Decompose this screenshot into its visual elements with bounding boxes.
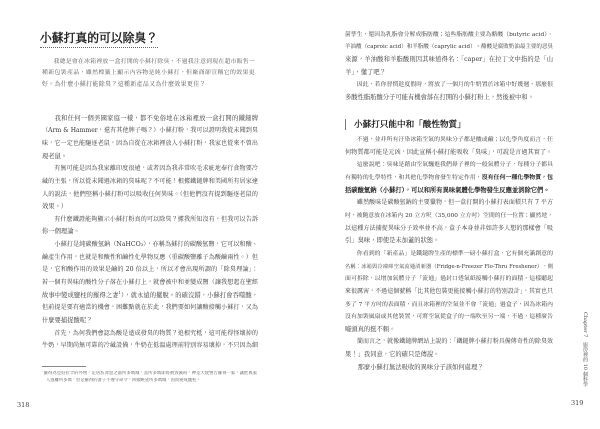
paragraph: 有什麼鐵證能夠顯示小蘇打粉真的可以除臭？據我所知沒有，但我可以告訴 你一個理論。 <box>42 214 258 239</box>
text-line: 效果。） <box>42 201 258 214</box>
text-segment: ），就永遠的擺脫。的確沒錯，小蘇打會吞噬酸， <box>121 292 258 299</box>
subheading-bar <box>345 119 346 130</box>
text-line: 以這種方法捕捉異味分子效率並不高，盒子本身並非如許多人想的那樣會「吸 <box>345 223 553 236</box>
text-line: 現老鼠。 <box>42 151 258 164</box>
text-line: 我總是會在冰箱裡放一盒打開的小蘇打除臭，不過我注意到現在超市販售一 <box>42 57 255 68</box>
paragraph: 簡而言之，就像鐵鎚牌網站上說的：「鐵鎚牌小蘇打粉具備傳奇性的除臭效 果！」我同意… <box>345 336 553 361</box>
intro-question: 我總是會在冰箱裡放一盒打開的小蘇打除臭，不過我注意到現在超市販售一 種新包裝產品… <box>42 57 255 90</box>
text-line: 不過，並非所有汙染冰箱空氣的異味分子都是酸或鹼；以化學角度而言，任 <box>345 134 553 147</box>
paragraph: 那麼小蘇打無法吸收的異味分子該如何處理？ <box>345 362 553 375</box>
paragraph: 有無可能是因為我家離印度很遠，或者因為我非常吹毛求疵地奉行食物要冷 藏的主張，所… <box>42 163 258 214</box>
text-line: 小蘇打是純碳酸氫鈉（NaHCO₃），亦稱為蘇打的碳酸氫鹽，它可以和酸、 <box>42 239 258 252</box>
text-line: 沒有加裝風扇或其他裝置，可將空氣從盒子的一端吹至另一端，不過，這種廣告 <box>345 311 553 324</box>
text-line: 吋，被隨意放在冰箱內 20 立方呎（35,000 立方吋）空間的任一位置；顯然地… <box>345 210 553 223</box>
text-line: 羊油酸（caproic acid）和羊脂酸（caprylic acid）。酪酸是… <box>345 41 553 54</box>
paragraph: 雖然酸味是碳酸氫鈉的主要獵物，但一盒打開的小蘇打表面積只有 7 平方 吋，被隨意… <box>345 197 553 248</box>
emphasis-text: 括碳酸氫鈉（小蘇打），可以和所有異味氣體化學物發生反應並消除它們。 <box>345 187 550 194</box>
footnote: 1羅得為亞伯拉罕的外甥，定居於罪惡之都所多瑪城，當所多瑪即將被毀滅時，神差天使警… <box>42 371 257 384</box>
paragraph: 首先，為何我們會認為酸是造成發臭的物質？追根究柢，這可能得怪壞掉的 牛奶，早期尚… <box>42 328 258 353</box>
right-body-text: 不過，並非所有汙染冰箱空氣的異味分子都是酸或鹼；以化學角度而言，任 何物質都可能… <box>345 134 553 374</box>
chapter-title: 廚房裡的 10 個科學 <box>582 339 588 387</box>
text-line: 種新包裝產品，雖然標籤上顯示內容物是純小蘇打，但廠商卻宣稱它的效果更 <box>42 68 255 79</box>
text-line: 名稱：冰箱與冷凍庫空氣流通清新器（Fridge-n-Freezer Flo-Th… <box>345 261 553 274</box>
text-line: （Arm & Hammer，還有其他牌子嗎？）小蘇打粉，我可以證明我從未聞到臭 <box>42 125 258 138</box>
text-line: 這麼說吧：臭味是藉由空氣飄進我們鼻子裡的一般氣體分子，每種分子都具 <box>345 159 553 172</box>
text-line: 人的說法，他們堅稱小蘇打粉可以吸收任何異味。（但他們沒有提到驅逐老鼠的 <box>42 189 258 202</box>
text-line: 我和任何一個美國家庭一樣，都不免俗地在冰箱裡放一盒打開的鐵鎚牌 <box>42 113 258 126</box>
text-line: 噱頭真的挺不賴。 <box>345 324 553 337</box>
text-line: 故事中變成鹽柱的羅得之妻1），就永遠的擺脫。的確沒錯，小蘇打會吞噬酸， <box>42 290 258 303</box>
left-body-text: 我和任何一個美國家庭一樣，都不免俗地在冰箱裡放一盒打開的鐵鎚牌 （Arm & H… <box>42 113 258 353</box>
footnote-divider <box>42 366 86 367</box>
text-segment: 有獨特的化學特性，和其他化學物會發生特定作用， <box>345 175 482 181</box>
paragraph: 因此，若你習慣趁度假時，將放了一個月的牛奶置於冰箱中好幾週，那麼很 多酸性脂肪酸… <box>345 79 553 104</box>
page-number: 318 <box>17 401 29 409</box>
text-line: 羊」，懂了吧？ <box>345 67 553 80</box>
text-line: 好。為什麼小蘇打能除臭？這種新產品又為什麼效果更佳？ <box>42 79 255 90</box>
text-line: 味，它一定也能驅逐老鼠，因為自從在冰箱裡放入小蘇打粉，我家也從來不曾出 <box>42 138 258 151</box>
text-line: 果！」我同意，它的確只是傳說。 <box>345 349 553 362</box>
paragraph: 小蘇打是純碳酸氫鈉（NaHCO₃），亦稱為蘇打的碳酸氫鹽，它可以和酸、 鹼產生作… <box>42 239 258 327</box>
text-line: 牛奶，早期尚無可靠的冷藏設備，牛奶在低溫處理前特別容易壞掉，不只因為細 <box>42 340 258 353</box>
paragraph: 菌孳生，還因為乳脂會分解成脂肪酸；這些脂肪酸主要為酪酸（butyric acid… <box>345 29 553 80</box>
text-line: 引」臭味，即使是未加蓋的狀態。 <box>345 235 553 248</box>
text-line: 什麼要捕捉酸呢？ <box>42 315 258 328</box>
text-line: 1羅得為亞伯拉罕的外甥，定居於罪惡之都所多瑪城，當所多瑪即將被毀滅時，神差天使警… <box>42 371 257 378</box>
text-line: 何物質都可能是元凶，因此宣稱小蘇打能吸收「臭味」，可說是言過其實了。 <box>345 147 553 160</box>
paragraph: 你看到的「新產品」是鐵鎚牌生產的標準一磅小蘇打盒，它有個充滿創意的 名稱：冰箱與… <box>345 248 553 336</box>
text-line: 有什麼鐵證能夠顯示小蘇打粉真的可以除臭？據我所知沒有，但我可以告訴 <box>42 214 258 227</box>
paragraph: 不過，並非所有汙染冰箱空氣的異味分子都是酸或鹼；以化學角度而言，任 何物質都可能… <box>345 134 553 159</box>
text-line: 簡而言之，就像鐵鎚牌網站上說的：「鐵鎚牌小蘇打粉具備傳奇性的除臭效 <box>345 336 553 349</box>
text-line: 多酸性脂肪酸分子可能有機會落在打開的小蘇打粉上，然後被中和。 <box>345 92 553 105</box>
text-line: 人逃離所多瑪，但是羅得的妻子不遵守命令，回頭眺望所多瑪城，因而變成鹽柱。 <box>42 378 257 385</box>
text-line: 那麼小蘇打無法吸收的異味分子該如何處理？ <box>345 362 553 375</box>
emphasis-text: 沒有任何一種化學物質，包 <box>482 174 553 181</box>
text-line: 若一個有異味的酸性分子落在小蘇打上，就會被中和並變成鹽（讓我想起在聖經 <box>42 277 258 290</box>
text-line: 菌孳生，還因為乳脂會分解成脂肪酸；這些脂肪酸主要為酪酸（butyric acid… <box>345 29 553 42</box>
subheading-text: 小蘇打只能中和「酸性物質」 <box>354 118 466 130</box>
paragraph: 這麼說吧：臭味是藉由空氣飄進我們鼻子裡的一般氣體分子，每種分子都具 有獨特的化學… <box>345 159 553 197</box>
text-line: 首先，為何我們會認為酸是造成發臭的物質？追根究柢，這可能得怪壞掉的 <box>42 328 258 341</box>
right-body-continued: 菌孳生，還因為乳脂會分解成脂肪酸；這些脂肪酸主要為酪酸（butyric acid… <box>345 29 553 105</box>
text-line: 來很厲害，不過這個號稱「比其他包裝更能接觸小蘇打的特別設計」，其實也只 <box>345 286 553 299</box>
text-line: 來源，羊油酸和羊脂酸則因其味道得名：「caper」在拉丁文中指的是「山 <box>345 54 553 67</box>
text-line: 雖然酸味是碳酸氫鈉的主要獵物，但一盒打開的小蘇打表面積只有 7 平方 <box>345 197 553 210</box>
text-line: 你看到的「新產品」是鐵鎚牌生產的標準一磅小蘇打盒，它有個充滿創意的 <box>345 248 553 261</box>
chapter-label: Chapter 7 <box>582 312 588 337</box>
text-line: 有獨特的化學特性，和其他化學物會發生特定作用，沒有任何一種化學物質，包 <box>345 172 553 185</box>
text-line: 面可拆除，以增加氣體分子「流通」過封口透氣紙接觸小蘇打的面積。這樣聽起 <box>345 273 553 286</box>
page-number: 319 <box>571 399 583 407</box>
text-line: 鹼產生作用，也就是和酸性和鹼性化學物反應（重碳酸鹽離子為酸鹼兩性。）但 <box>42 252 258 265</box>
text-line: 但前提是要有適當的機會，困難點就在於此，我們要如何讓酸接觸小蘇打，又為 <box>42 302 258 315</box>
text-line: 是，它和酸作用的效果是鹼的 20 倍以上，所以才會出現所謂的「除臭理論」： <box>42 264 258 277</box>
text-line: 括碳酸氫鈉（小蘇打），可以和所有異味氣體化學物發生反應並消除它們。 <box>345 185 553 198</box>
chapter-running-head: Chapter 7 廚房裡的 10 個科學 <box>581 312 588 387</box>
text-line: 藏的主張，所以從未聞過冰箱的臭味呢？不可能！根據鐵鎚牌和美國所有居家達 <box>42 176 258 189</box>
article-title: 小蘇打真的可以除臭？ <box>40 31 158 48</box>
text-segment: 故事中變成鹽柱的羅得之妻 <box>42 292 119 299</box>
text-line: 因此，若你習慣趁度假時，將放了一個月的牛奶置於冰箱中好幾週，那麼很 <box>345 79 553 92</box>
text-segment: 羅得為亞伯拉罕的外甥，定居於罪惡之都所多瑪城，當所多瑪即將被毀滅時，神差天使警告… <box>44 371 257 376</box>
paragraph: 我和任何一個美國家庭一樣，都不免俗地在冰箱裡放一盒打開的鐵鎚牌 （Arm & H… <box>42 113 258 164</box>
text-line: 你一個理論。 <box>42 226 258 239</box>
text-line: 多了 7 平方吋的表面積，而且冰箱裡的空氣並不會「流通」過盒子，因為冰箱內 <box>345 299 553 312</box>
text-line: 有無可能是因為我家離印度很遠，或者因為我非常吹毛求疵地奉行食物要冷 <box>42 163 258 176</box>
section-subheading: 小蘇打只能中和「酸性物質」 <box>345 118 466 131</box>
